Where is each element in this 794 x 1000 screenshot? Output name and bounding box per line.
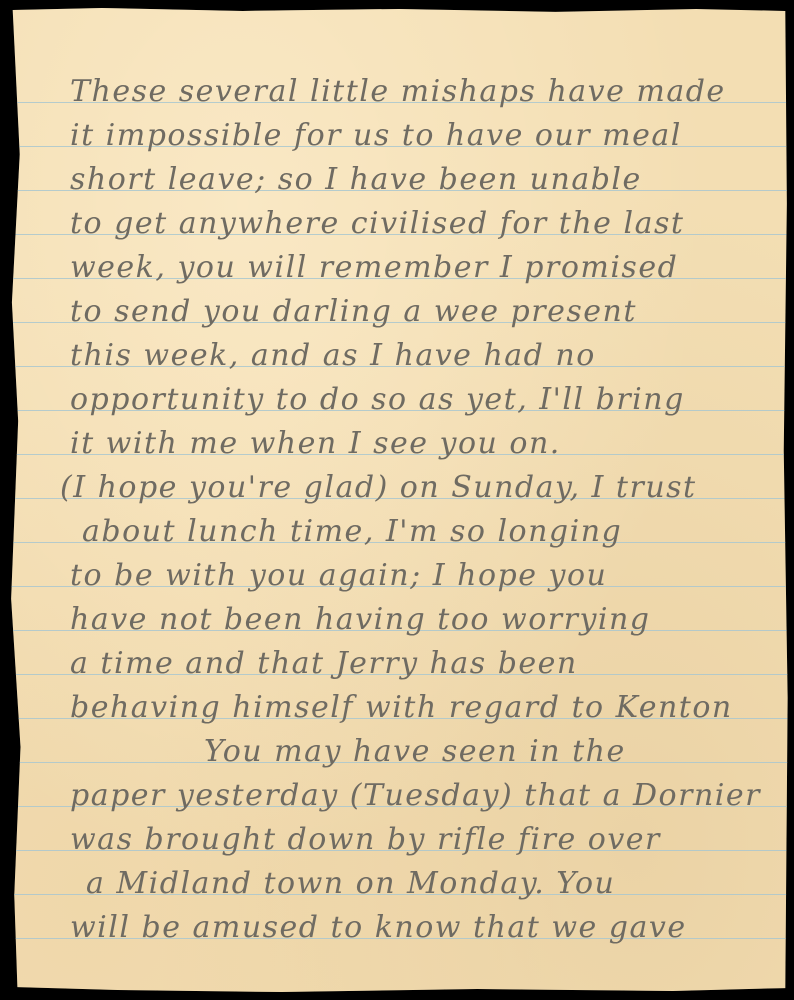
- letter-line: (I hope you're glad) on Sunday, I trust: [60, 473, 697, 503]
- letter-line: will be amused to know that we gave: [70, 913, 687, 943]
- letter-line: about lunch time, I'm so longing: [82, 517, 622, 547]
- letter-line: it impossible for us to have our meal: [70, 121, 682, 151]
- letter-line: was brought down by rifle fire over: [70, 825, 661, 855]
- letter-line: to be with you again; I hope you: [70, 561, 607, 591]
- letter-line: a time and that Jerry has been: [70, 649, 578, 679]
- letter-line: These several little mishaps have made: [70, 77, 726, 107]
- letter-line: week, you will remember I promised: [70, 253, 678, 283]
- letter-line: opportunity to do so as yet, I'll bring: [70, 385, 685, 415]
- letter-page: These several little mishaps have made i…: [8, 6, 790, 994]
- letter-line: behaving himself with regard to Kenton: [70, 693, 733, 723]
- letter-line: short leave; so I have been unable: [70, 165, 642, 195]
- letter-line: a Midland town on Monday. You: [86, 869, 615, 899]
- letter-line-paragraph-start: You may have seen in the: [204, 737, 626, 767]
- letter-line: to send you darling a wee present: [70, 297, 637, 327]
- letter-line: this week, and as I have had no: [70, 341, 596, 371]
- letter-line: have not been having too worrying: [70, 605, 651, 635]
- letter-line: paper yesterday (Tuesday) that a Dornier: [70, 781, 761, 811]
- letter-line: to get anywhere civilised for the last: [70, 209, 684, 239]
- letter-line: it with me when I see you on.: [70, 429, 561, 459]
